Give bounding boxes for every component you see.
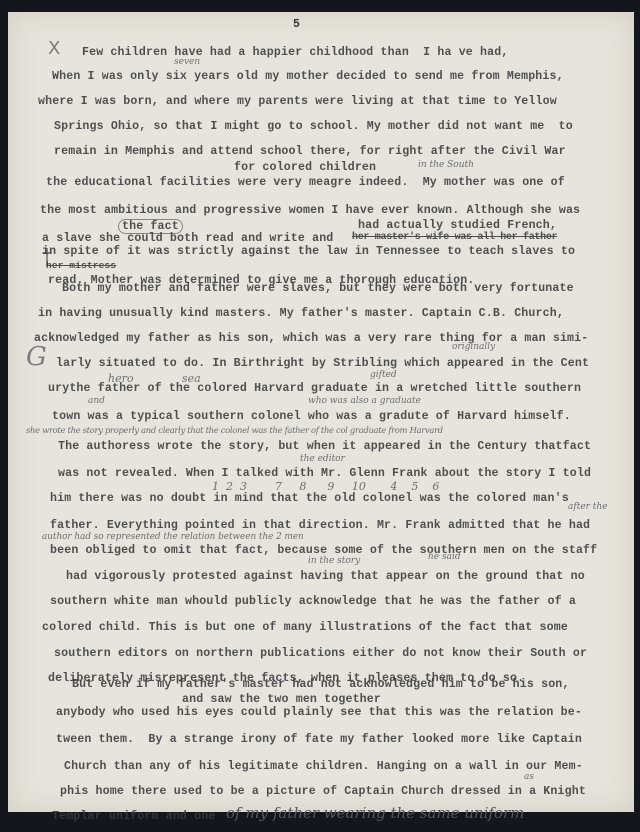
document-page: 5 X † G Few children have had a happier … [8, 12, 634, 812]
struck-text: her master's wife was all her father [352, 232, 557, 243]
text-line-insert: for colored children [234, 161, 376, 174]
text-line: Springs Ohio, so that I might go to scho… [54, 120, 573, 133]
text-line: the educational facilities were very mea… [46, 176, 565, 189]
page-number: 5 [293, 18, 300, 31]
text-line: Both my mother and father were slaves, b… [62, 282, 574, 295]
handwritten-gifted: gifted [370, 370, 397, 380]
handwritten-and: and [88, 396, 105, 406]
text-line: urythe father of the colored Harvard gra… [48, 382, 581, 395]
text-line-insert: and saw the two men together [182, 693, 381, 706]
text-line: a slave she could both read and write an… [42, 232, 333, 245]
text-line: anybody who used his eyes could plainly … [56, 706, 582, 719]
text-line: Church than any of his legitimate childr… [64, 760, 583, 773]
handwritten-in-the-story: in the story [308, 556, 360, 566]
text-line: phis home there used to be a picture of … [60, 785, 586, 798]
text-line: remain in Memphis and attend school ther… [54, 145, 566, 158]
handwritten-originally: originally [452, 342, 495, 352]
text-line: town was a typical southern colonel who … [52, 410, 571, 423]
text-line: was not revealed. When I talked with Mr.… [58, 467, 591, 480]
text-line: The authoress wrote the story, but when … [58, 440, 591, 453]
text-line: father. Everything pointed in that direc… [50, 519, 590, 532]
margin-g-mark: G [26, 342, 47, 372]
text-line: where I was born, and where my parents w… [38, 95, 557, 108]
handwritten-as: as [524, 772, 534, 782]
handwritten-closing: of my father wearing the same uniform [226, 804, 524, 822]
text-line: Templar uniform and one [52, 810, 215, 823]
struck-text: her mistress [46, 260, 116, 271]
text-line: in spite of it was strictly against the … [42, 245, 575, 258]
text-line: But even if my father's master had not a… [72, 678, 570, 691]
text-line: Few children have had a happier childhoo… [82, 46, 508, 59]
handwritten-was-also: who was also a graduate [308, 396, 421, 406]
text-line: the most ambitious and progressive women… [40, 204, 580, 217]
text-line: tween them. By a strange irony of fate m… [56, 733, 582, 746]
text-line: When I was only six years old my mother … [52, 70, 564, 83]
handwritten-author-note: she wrote the story properly and clearly… [26, 425, 443, 435]
text-line: acknowledged my father as his son, which… [34, 332, 588, 345]
text-line: southern white man whould publicly ackno… [50, 595, 576, 608]
handwritten-he-said: he said [428, 552, 461, 562]
text-line: southern editors on northern publication… [54, 647, 587, 660]
text-line: colored child. This is but one of many i… [42, 621, 568, 634]
handwritten-after-the: after the [568, 502, 608, 512]
margin-x-mark: X [48, 38, 60, 59]
handwritten-author-had: author had so represented the relation b… [42, 532, 304, 542]
text-line: larly situated to do. In Birthright by S… [56, 357, 589, 370]
text-line: in having unusually kind masters. My fat… [38, 307, 564, 320]
text-line: had vigorously protested against having … [66, 570, 585, 583]
handwritten-in-the-south: in the South [418, 160, 474, 170]
text-line-insert: had actually studied French, [358, 219, 557, 232]
handwritten-the-editor: the editor [300, 454, 345, 464]
text-line: him there was no doubt in mind that the … [50, 492, 569, 505]
handwritten-seven: seven [174, 57, 200, 67]
